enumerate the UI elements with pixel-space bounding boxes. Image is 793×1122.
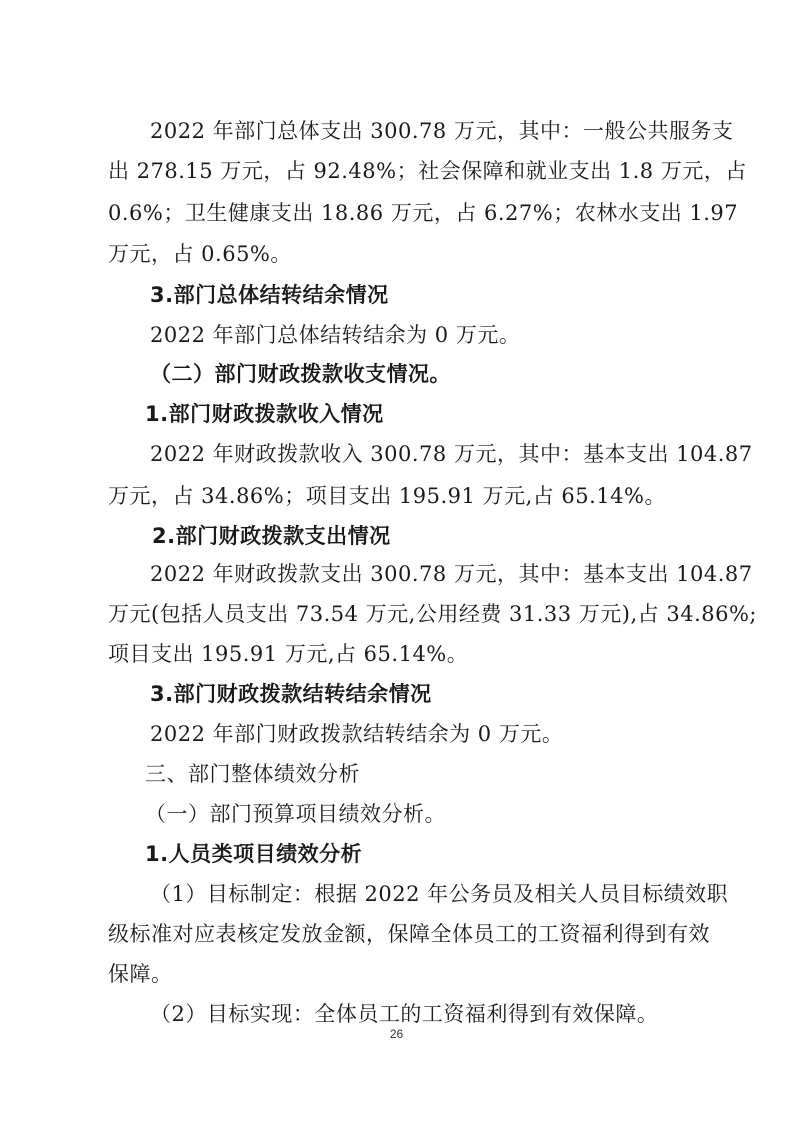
paragraph-line: （1）目标制定：根据 2022 年公务员及相关人员目标绩效职 (150, 880, 698, 908)
paragraph-line: 出 278.15 万元，占 92.48%；社会保障和就业支出 1.8 万元，占 (108, 157, 694, 185)
paragraph-line: 万元(包括人员支出 73.54 万元,公用经费 31.33 万元),占 34.8… (108, 600, 706, 628)
section-heading: （二）部门财政拨款收支情况。 (150, 360, 451, 388)
paragraph-line: 2022 年财政拨款收入 300.78 万元，其中：基本支出 104.87 (150, 440, 694, 468)
page-number: 26 (0, 1027, 793, 1041)
paragraph-line: 2022 年部门总体结转结余为 0 万元。 (150, 321, 520, 349)
paragraph-line: 万元，占 34.86%；项目支出 195.91 万元,占 65.14%。 (108, 482, 666, 510)
section-heading: 2.部门财政拨款支出情况 (152, 522, 391, 550)
paragraph-line: （一）部门预算项目绩效分析。 (145, 800, 446, 828)
section-heading: 1.部门财政拨款收入情况 (145, 400, 384, 428)
paragraph-line: 2022 年财政拨款支出 300.78 万元，其中：基本支出 104.87 (150, 560, 694, 588)
paragraph-line: 2022 年部门财政拨款结转结余为 0 万元。 (150, 720, 563, 748)
paragraph-line: 级标准对应表核定发放金额，保障全体员工的工资福利得到有效 (108, 920, 698, 948)
section-heading: 3.部门总体结转结余情况 (150, 281, 389, 309)
paragraph-line: 保障。 (108, 960, 173, 988)
paragraph-line: 0.6%；卫生健康支出 18.86 万元，占 6.27%；农林水支出 1.97 (108, 199, 738, 227)
chapter-heading: 三、部门整体绩效分析 (145, 760, 360, 788)
paragraph-line: 万元，占 0.65%。 (108, 240, 292, 268)
paragraph-line: 2022 年部门总体支出 300.78 万元，其中：一般公共服务支 (150, 117, 694, 145)
section-heading: 1.人员类项目绩效分析 (145, 840, 362, 868)
document-page: 2022 年部门总体支出 300.78 万元，其中：一般公共服务支 出 278.… (0, 0, 793, 1122)
section-heading: 3.部门财政拨款结转结余情况 (150, 680, 432, 708)
paragraph-line: 项目支出 195.91 万元,占 65.14%。 (108, 640, 468, 668)
paragraph-line: （2）目标实现：全体员工的工资福利得到有效保障。 (150, 1000, 658, 1028)
